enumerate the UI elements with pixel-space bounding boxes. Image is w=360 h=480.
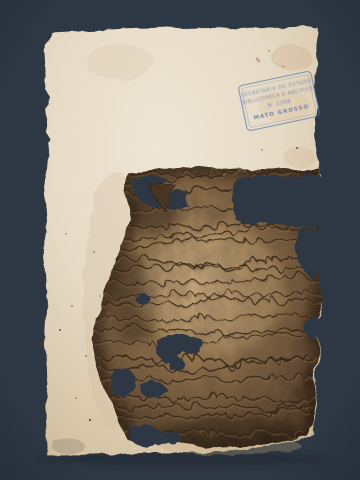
paper-shadow: [40, 453, 330, 465]
photo-backdrop: SECRETARIA DO ESTADO BIBLIOTHECA E ARCHI…: [0, 0, 360, 480]
manuscript-photo: SECRETARIA DO ESTADO BIBLIOTHECA E ARCHI…: [0, 0, 360, 480]
